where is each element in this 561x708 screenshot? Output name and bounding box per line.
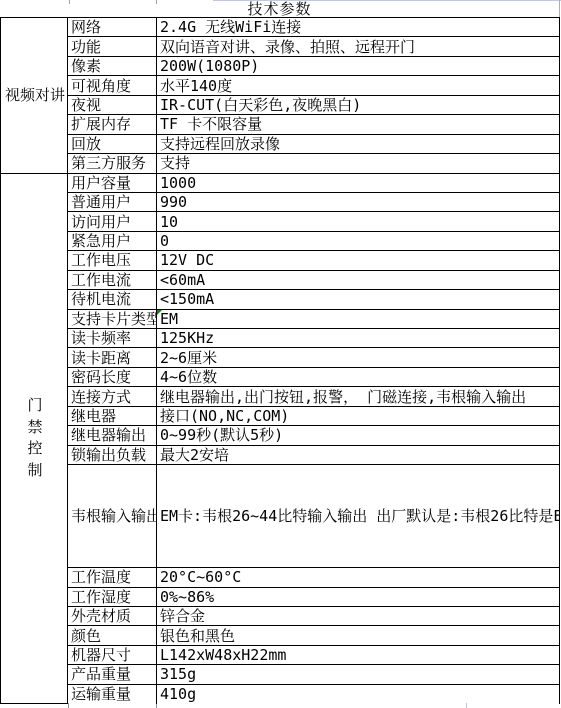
param-name-cell: 密码长度 (68, 367, 157, 386)
table-row: 可视角度水平140度 (1, 76, 560, 95)
table-row: 访问用户10 (1, 212, 560, 231)
table-row: 功能双向语音对讲、录像、拍照、远程开门 (1, 37, 560, 56)
table-row: 读卡频率125KHz (1, 329, 560, 348)
section-label: 视频对讲 (1, 18, 68, 174)
table-row: 外壳材质锌合金 (1, 606, 560, 625)
table-row: 工作电压12V DC (1, 251, 560, 270)
param-value-cell: 410g (157, 684, 560, 703)
param-value-cell: 双向语音对讲、录像、拍照、远程开门 (157, 37, 560, 56)
table-row: 继电器输出0~99秒(默认5秒) (1, 426, 560, 445)
spec-sheet-page: 技术参数 视频对讲网络2.4G 无线WiFi连接功能双向语音对讲、录像、拍照、远… (0, 0, 561, 708)
param-value-cell: 支持 (157, 154, 560, 173)
param-value-cell: EM卡:韦根26~44比特输入输出 出厂默认是:韦根26比特是EM卡,韦根34比… (157, 465, 560, 568)
param-name-cell: 夜视 (68, 95, 157, 114)
param-value-cell: 20°C~60°C (157, 568, 560, 587)
param-name-cell: 产品重量 (68, 665, 157, 684)
table-row: 工作湿度0%~86% (1, 587, 560, 606)
param-name-cell: 继电器 (68, 406, 157, 425)
table-row: 第三方服务支持 (1, 154, 560, 173)
table-row: 机器尺寸L142xW48xH22mm (1, 645, 560, 664)
table-row: 韦根输入输出 接口 密码输出EM卡:韦根26~44比特输入输出 出厂默认是:韦根… (1, 465, 560, 568)
param-name-cell: 外壳材质 (68, 606, 157, 625)
table-row: 密码长度4~6位数 (1, 367, 560, 386)
param-name-cell: 读卡频率 (68, 329, 157, 348)
param-value-cell: <60mA (157, 270, 560, 289)
param-name-cell: 紧急用户 (68, 231, 157, 250)
param-value-cell: 0~99秒(默认5秒) (157, 426, 560, 445)
table-row: 夜视IR-CUT(白天彩色,夜晚黑白) (1, 95, 560, 114)
param-value-cell: <150mA (157, 290, 560, 309)
param-value-cell: 锌合金 (157, 606, 560, 625)
table-row: 运输重量410g (1, 684, 560, 703)
table-row: 锁输出负载最大2安培 (1, 445, 560, 464)
table-row: 门 禁 控 制用户容量1000 (1, 173, 560, 192)
cell-error-marker-icon (157, 310, 162, 315)
param-value-cell: 银色和黑色 (157, 626, 560, 645)
param-value-cell: IR-CUT(白天彩色,夜晚黑白) (157, 95, 560, 114)
table-row: 紧急用户0 (1, 231, 560, 250)
gridline-artifact (559, 0, 560, 18)
param-name-cell: 韦根输入输出 接口 密码输出 (68, 465, 157, 568)
spec-table: 视频对讲网络2.4G 无线WiFi连接功能双向语音对讲、录像、拍照、远程开门像素… (0, 17, 560, 704)
param-name-cell: 网络 (68, 18, 157, 37)
param-value-cell: EM (157, 309, 560, 328)
param-value-cell: 支持远程回放录像 (157, 134, 560, 153)
param-name-cell: 机器尺寸 (68, 645, 157, 664)
param-name-cell: 运输重量 (68, 684, 157, 703)
table-row: 连接方式继电器输出,出门按钮,报警， 门磁连接,韦根输入输出 (1, 387, 560, 406)
param-name-cell: 支持卡片类型 (68, 309, 157, 328)
param-name-cell: 工作温度 (68, 568, 157, 587)
param-value-cell: 2.4G 无线WiFi连接 (157, 18, 560, 37)
param-name-cell: 工作电流 (68, 270, 157, 289)
param-name-cell: 连接方式 (68, 387, 157, 406)
param-name-cell: 颜色 (68, 626, 157, 645)
param-name-cell: 工作电压 (68, 251, 157, 270)
param-name-cell: 用户容量 (68, 173, 157, 192)
param-name-cell: 回放 (68, 134, 157, 153)
table-row: 继电器接口(NO,NC,COM) (1, 406, 560, 425)
param-value-cell: 990 (157, 192, 560, 211)
param-name-cell: 功能 (68, 37, 157, 56)
section-label: 门 禁 控 制 (1, 173, 68, 704)
param-value-cell: 2~6厘米 (157, 348, 560, 367)
param-value-cell: 接口(NO,NC,COM) (157, 406, 560, 425)
param-name-cell: 普通用户 (68, 192, 157, 211)
param-name-cell: 继电器输出 (68, 426, 157, 445)
table-row: 工作电流<60mA (1, 270, 560, 289)
param-name-cell: 访问用户 (68, 212, 157, 231)
param-name-cell: 读卡距离 (68, 348, 157, 367)
table-title: 技术参数 (0, 1, 559, 17)
param-value-cell: 125KHz (157, 329, 560, 348)
table-row: 读卡距离2~6厘米 (1, 348, 560, 367)
table-row: 像素200W(1080P) (1, 56, 560, 75)
param-value-cell: 315g (157, 665, 560, 684)
param-value-cell: 继电器输出,出门按钮,报警， 门磁连接,韦根输入输出 (157, 387, 560, 406)
param-name-cell: 像素 (68, 56, 157, 75)
table-row: 视频对讲网络2.4G 无线WiFi连接 (1, 18, 560, 37)
table-row: 颜色银色和黑色 (1, 626, 560, 645)
param-value-cell: TF 卡不限容量 (157, 115, 560, 134)
table-row: 待机电流<150mA (1, 290, 560, 309)
param-name-cell: 可视角度 (68, 76, 157, 95)
param-value-cell: 最大2安培 (157, 445, 560, 464)
param-value-cell: L142xW48xH22mm (157, 645, 560, 664)
param-value-cell: 12V DC (157, 251, 560, 270)
param-name-cell: 工作湿度 (68, 587, 157, 606)
param-value-cell: 4~6位数 (157, 367, 560, 386)
param-value-cell: 水平140度 (157, 76, 560, 95)
table-row: 产品重量315g (1, 665, 560, 684)
param-value-cell: 0%~86% (157, 587, 560, 606)
param-value-cell: 1000 (157, 173, 560, 192)
param-name-cell: 扩展内存 (68, 115, 157, 134)
table-row: 工作温度20°C~60°C (1, 568, 560, 587)
param-value-cell: 200W(1080P) (157, 56, 560, 75)
param-name-cell: 第三方服务 (68, 154, 157, 173)
table-row: 扩展内存TF 卡不限容量 (1, 115, 560, 134)
table-row: 回放支持远程回放录像 (1, 134, 560, 153)
table-row: 普通用户990 (1, 192, 560, 211)
table-row: 支持卡片类型EM (1, 309, 560, 328)
param-value-cell: 0 (157, 231, 560, 250)
param-name-cell: 锁输出负载 (68, 445, 157, 464)
param-name-cell: 待机电流 (68, 290, 157, 309)
param-value-cell: 10 (157, 212, 560, 231)
